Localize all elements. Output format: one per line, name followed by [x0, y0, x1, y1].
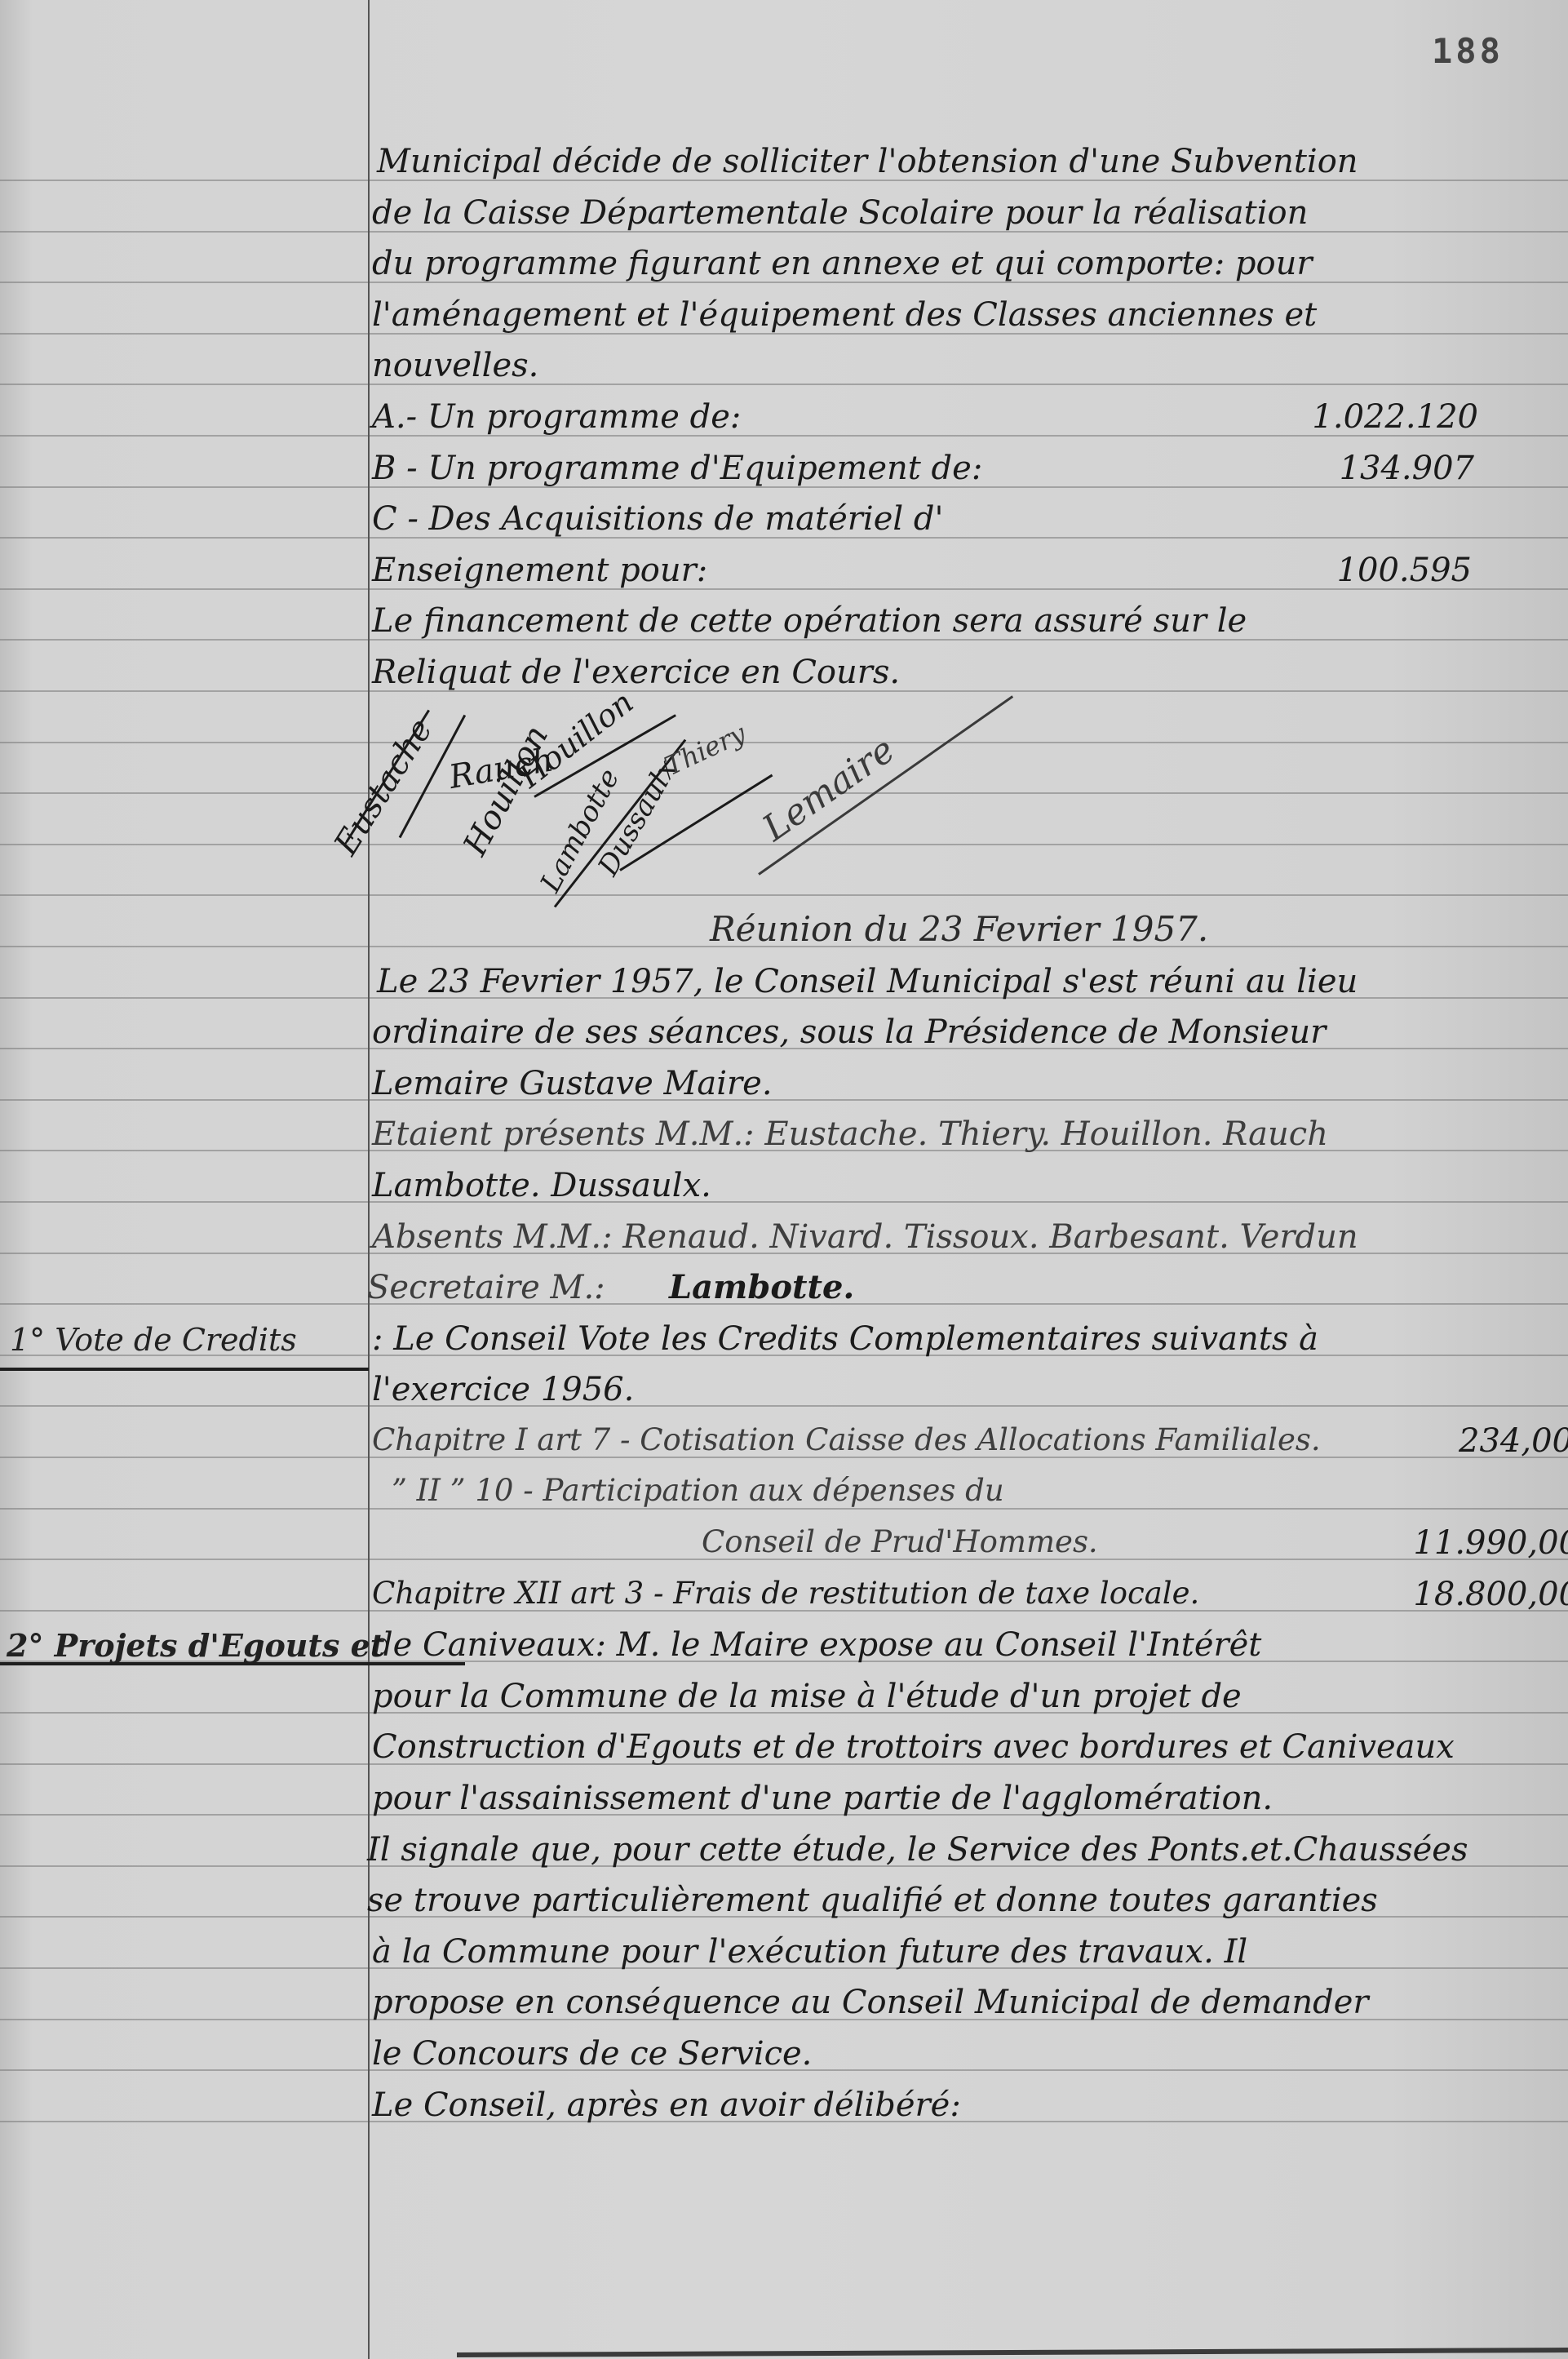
text-line: Il signale que, pour cette étude, le Ser…: [367, 1834, 1468, 1866]
credit-line: Conseil de Prud'Hommes.: [702, 1527, 1098, 1557]
absent-members: Absents M.M.: Renaud. Nivard. Tissoux. B…: [372, 1221, 1358, 1253]
credit-line: Chapitre XII art 3 - Frais de restitutio…: [372, 1578, 1199, 1608]
page-number: 188: [1432, 31, 1504, 71]
program-item-label: B - Un programme d'Equipement de:: [372, 452, 982, 485]
signature-flourish: [346, 710, 430, 843]
secretary-name: Lambotte.: [669, 1271, 854, 1304]
present-members: Etaient présents M.M.: Eustache. Thiery.…: [372, 1118, 1328, 1151]
text-line: Le Conseil, après en avoir délibéré:: [372, 2089, 961, 2122]
signature: Eustache: [327, 712, 440, 862]
margin-line: [368, 0, 370, 2359]
page-bottom-edge: [457, 2348, 1568, 2357]
text-line: du programme figurant en annexe et qui c…: [372, 247, 1312, 280]
text-line: à la Commune pour l'exécution future des…: [372, 1936, 1247, 1968]
text-line: propose en conséquence au Conseil Munici…: [372, 1986, 1369, 2019]
signature: Thiery: [660, 717, 751, 782]
text-line: l'aménagement et l'équipement des Classe…: [372, 299, 1317, 331]
text-line: de la Caisse Départementale Scolaire pou…: [372, 197, 1308, 229]
ledger-page: 188 Municipal décide de solliciter l'obt…: [0, 0, 1568, 2359]
text-line: de Caniveaux: M. le Maire expose au Cons…: [372, 1629, 1261, 1661]
margin-underline: [0, 1368, 369, 1371]
ruled-line: [0, 1099, 1568, 1101]
credit-amount: 234,00: [1459, 1425, 1568, 1457]
credit-amount: 18.800,00: [1413, 1578, 1568, 1611]
text-line: le Concours de ce Service.: [372, 2038, 812, 2070]
ruled-line: [0, 1405, 1568, 1407]
margin-title-section1: 1° Vote de Credits: [10, 1324, 297, 1355]
program-item-amount: 134.907: [1340, 452, 1474, 485]
text-line: Lemaire Gustave Maire.: [372, 1067, 773, 1100]
text-line: pour la Commune de la mise à l'étude d'u…: [372, 1680, 1242, 1713]
text-line: : Le Conseil Vote les Credits Complement…: [372, 1323, 1318, 1355]
text-line: Reliquat de l'exercice en Cours.: [372, 656, 900, 689]
signatures-block: Eustache Houillon Rauch Houillon Lambott…: [343, 685, 1568, 930]
text-line: Le financement de cette opération sera a…: [372, 605, 1247, 637]
meeting-title: Réunion du 23 Fevrier 1957.: [710, 912, 1208, 947]
text-line: ordinaire de ses séances, sous la Présid…: [372, 1016, 1326, 1049]
program-item-amount: 100.595: [1337, 554, 1472, 587]
text-line: se trouve particulièrement qualifié et d…: [367, 1884, 1378, 1917]
text-line: Construction d'Egouts et de trottoirs av…: [372, 1731, 1455, 1763]
present-members: Lambotte. Dussaulx.: [372, 1169, 711, 1202]
margin-title-section2: 2° Projets d'Egouts et: [7, 1630, 384, 1661]
text-line: nouvelles.: [372, 349, 538, 382]
program-item-label: A.- Un programme de:: [372, 401, 741, 433]
ruled-line: [0, 1201, 1568, 1203]
ruled-line: [0, 588, 1568, 590]
credit-amount: 11.990,00: [1413, 1527, 1568, 1559]
text-line: Le 23 Fevrier 1957, le Conseil Municipal…: [377, 965, 1358, 998]
secretary-label: Secretaire M.:: [367, 1271, 605, 1304]
credit-line: ” II ” 10 - Participation aux dépenses d…: [392, 1475, 1004, 1505]
text-line: l'exercice 1956.: [372, 1373, 634, 1406]
ruled-line: [0, 1508, 1568, 1510]
program-item-label: C - Des Acquisitions de matériel d': [372, 503, 943, 535]
text-line: Municipal décide de solliciter l'obtensi…: [377, 145, 1358, 178]
program-item-label: Enseignement pour:: [372, 554, 707, 587]
program-item-amount: 1.022.120: [1312, 401, 1478, 433]
credit-line: Chapitre I art 7 - Cotisation Caisse des…: [372, 1425, 1321, 1455]
text-line: pour l'assainissement d'une partie de l'…: [372, 1782, 1273, 1815]
ruled-line: [0, 384, 1568, 385]
